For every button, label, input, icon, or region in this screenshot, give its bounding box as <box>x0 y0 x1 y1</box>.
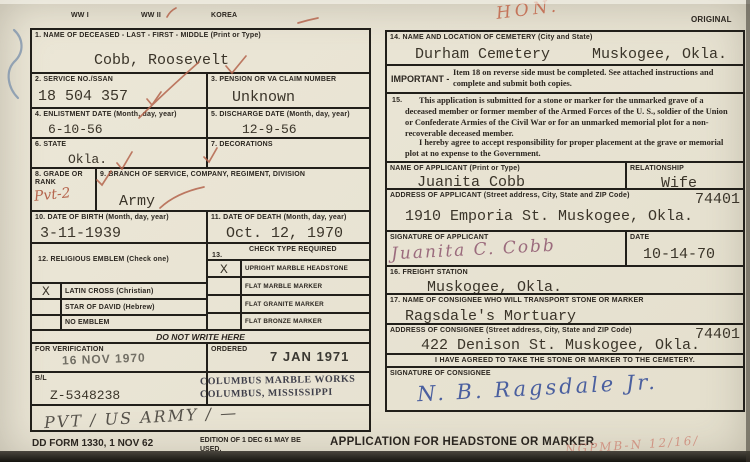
certification-paragraph-1: This application is submitted for a ston… <box>405 96 737 140</box>
field-applicant-address: ADDRESS OF APPLICANT (Street address, Ci… <box>385 188 745 232</box>
war-label-ww1: WW I <box>68 10 92 22</box>
field-label: DATE <box>627 232 743 244</box>
field-relationship: RELATIONSHIP Wife <box>625 161 745 190</box>
checkbox-flat-granite <box>206 294 242 314</box>
field-bill-of-lading: B/L Z-5348238 <box>30 371 208 406</box>
service-number-value: 18 504 357 <box>38 88 128 105</box>
option-label: FLAT GRANITE MARKER <box>242 296 369 310</box>
field-label: ADDRESS OF CONSIGNEE (Street address, Ci… <box>387 325 693 337</box>
field-label: 7. DECORATIONS <box>208 139 369 151</box>
red-dash <box>298 18 318 23</box>
field-remarks-row: PVT / US ARMY / — <box>30 404 371 432</box>
bill-of-lading-value: Z-5348238 <box>50 388 120 403</box>
important-text: Item 18 on reverse side must be complete… <box>453 68 738 90</box>
field-applicant-signature: SIGNATURE OF APPLICANT Juanita C. Cobb <box>385 230 627 267</box>
scan-edge-right <box>746 0 750 462</box>
option-label: LATIN CROSS (Christian) <box>62 284 206 298</box>
original-copy-label: ORIGINAL <box>688 13 735 26</box>
certification-statement: 15. This application is submitted for a … <box>385 92 745 163</box>
headstone-application-form: WW I WW II KOREA ORIGINAL HON. 1. NAME O… <box>0 0 750 462</box>
verification-date-stamp: 16 NOV 1970 <box>62 351 146 368</box>
field-date-of-death: 11. DATE OF DEATH (Month, day, year) Oct… <box>206 210 371 244</box>
red-checkmark <box>167 8 176 17</box>
option-label: FLAT MARBLE MARKER <box>242 278 369 292</box>
checkbox-x-mark: X <box>42 284 50 299</box>
field-label: 12. RELIGIOUS EMBLEM (Check one) <box>32 244 206 266</box>
deceased-name-value: Cobb, Roosevelt <box>94 52 229 69</box>
birth-date-value: 3-11-1939 <box>40 225 121 242</box>
field-religious-emblem: 12. RELIGIOUS EMBLEM (Check one) <box>30 242 208 284</box>
important-notice: IMPORTANT - Item 18 on reverse side must… <box>385 64 745 94</box>
war-label-korea: KOREA <box>208 10 240 22</box>
field-branch-of-service: 9. BRANCH OF SERVICE, COMPANY, REGIMENT,… <box>95 167 371 212</box>
checkbox-flat-marble <box>206 276 242 296</box>
contractor-stamp-line1: COLUMBUS MARBLE WORKS <box>200 374 356 388</box>
field-label: 2. SERVICE NO./SSAN <box>32 74 206 86</box>
field-freight-station: 16. FREIGHT STATION Muskogee, Okla. <box>385 265 745 295</box>
field-label: 4. ENLISTMENT DATE (Month, day, year) <box>32 109 206 121</box>
field-decorations: 7. DECORATIONS <box>206 137 371 169</box>
field-label: 10. DATE OF BIRTH (Month, day, year) <box>32 212 206 224</box>
field-pension-claim: 3. PENSION OR VA CLAIM NUMBER Unknown <box>206 72 371 109</box>
option-label: NO EMBLEM <box>62 316 206 329</box>
field-number: 15. <box>389 95 405 107</box>
blue-scribble <box>9 30 22 98</box>
form-title: APPLICATION FOR HEADSTONE OR MARKER <box>330 436 594 448</box>
discharge-date-value: 12-9-56 <box>242 122 297 137</box>
date-value: 10-14-70 <box>643 246 715 263</box>
pencil-note: PVT / US ARMY / — <box>44 403 239 432</box>
field-label: 17. NAME OF CONSIGNEE WHO WILL TRANSPORT… <box>387 295 743 307</box>
consignee-zip-value: 74401 <box>695 326 740 343</box>
branch-value: Army <box>119 193 155 210</box>
field-enlistment-date: 4. ENLISTMENT DATE (Month, day, year) 6-… <box>30 107 208 139</box>
field-label: RELATIONSHIP <box>627 163 743 175</box>
consignee-address-value: 422 Denison St. Muskogee, Okla. <box>421 337 700 354</box>
field-date: DATE 10-14-70 <box>625 230 745 267</box>
contractor-stamp-line2: COLUMBUS, MISSISSIPPI <box>200 387 333 400</box>
field-applicant-name: NAME OF APPLICANT (Print or Type) Juanit… <box>385 161 627 190</box>
field-consignee-address: ADDRESS OF CONSIGNEE (Street address, Ci… <box>385 323 745 355</box>
scan-edge-bottom <box>0 451 750 462</box>
option-flat-granite: FLAT GRANITE MARKER <box>240 294 371 314</box>
field-label: 1. NAME OF DECEASED - LAST - FIRST - MID… <box>32 30 369 42</box>
field-service-number: 2. SERVICE NO./SSAN 18 504 357 <box>30 72 208 109</box>
agreement-text: I HAVE AGREED TO TAKE THE STONE OR MARKE… <box>387 357 743 364</box>
option-label: STAR OF DAVID (Hebrew) <box>62 300 206 314</box>
ordered-date-stamp: 7 JAN 1971 <box>270 349 349 364</box>
grade-handwriting: Pvt-2 <box>33 185 71 205</box>
field-state: 6. STATE Okla. <box>30 137 208 169</box>
checkbox-x-mark: X <box>220 262 228 277</box>
death-date-value: Oct. 12, 1970 <box>226 225 343 242</box>
cemetery-name-value: Durham Cemetery <box>415 46 550 63</box>
scan-edge-top <box>0 0 750 4</box>
option-flat-marble: FLAT MARBLE MARKER <box>240 276 371 296</box>
field-label: 9. BRANCH OF SERVICE, COMPANY, REGIMENT,… <box>97 169 369 181</box>
field-for-verification: FOR VERIFICATION 16 NOV 1970 <box>30 342 208 373</box>
field-discharge-date: 5. DISCHARGE DATE (Month, day, year) 12-… <box>206 107 371 139</box>
field-label: 14. NAME AND LOCATION OF CEMETERY (City … <box>387 32 743 44</box>
field-label: 16. FREIGHT STATION <box>387 267 743 279</box>
field-ordered: ORDERED 7 JAN 1971 <box>206 342 371 373</box>
certification-paragraph-2: I hereby agree to accept responsibility … <box>405 138 737 160</box>
applicant-zip-value: 74401 <box>695 191 740 208</box>
field-cemetery: 14. NAME AND LOCATION OF CEMETERY (City … <box>385 30 745 66</box>
field-label: ADDRESS OF APPLICANT (Street address, Ci… <box>387 190 693 202</box>
field-label: 3. PENSION OR VA CLAIM NUMBER <box>208 74 369 86</box>
important-label: IMPORTANT - <box>391 74 449 84</box>
pension-claim-value: Unknown <box>232 89 295 106</box>
war-label-ww2: WW II <box>138 10 164 22</box>
field-label: 11. DATE OF DEATH (Month, day, year) <box>208 212 369 224</box>
form-number: DD FORM 1330, 1 NOV 62 <box>32 438 153 449</box>
enlistment-date-value: 6-10-56 <box>48 122 103 137</box>
field-grade-rank: 8. GRADE OR RANK Pvt-2 <box>30 167 97 212</box>
field-title: CHECK TYPE REQUIRED <box>246 244 340 256</box>
field-label: B/L <box>32 373 206 385</box>
do-not-write-label: DO NOT WRITE HERE <box>32 332 369 342</box>
field-label: 6. STATE <box>32 139 206 151</box>
applicant-address-value: 1910 Emporia St. Muskogee, Okla. <box>405 208 693 225</box>
option-label: FLAT BRONZE MARKER <box>242 314 369 327</box>
field-consignee-name: 17. NAME OF CONSIGNEE WHO WILL TRANSPORT… <box>385 293 745 325</box>
field-name-of-deceased: 1. NAME OF DECEASED - LAST - FIRST - MID… <box>30 28 371 74</box>
field-consignee-signature: SIGNATURE OF CONSIGNEE N. B. Ragsdale Jr… <box>385 366 745 412</box>
state-value: Okla. <box>68 152 107 167</box>
field-date-of-birth: 10. DATE OF BIRTH (Month, day, year) 3-1… <box>30 210 208 244</box>
option-label: UPRIGHT MARBLE HEADSTONE <box>242 261 369 274</box>
field-label: 5. DISCHARGE DATE (Month, day, year) <box>208 109 369 121</box>
cemetery-city-value: Muskogee, Okla. <box>592 46 727 63</box>
field-contractor: COLUMBUS MARBLE WORKS COLUMBUS, MISSISSI… <box>206 371 371 406</box>
